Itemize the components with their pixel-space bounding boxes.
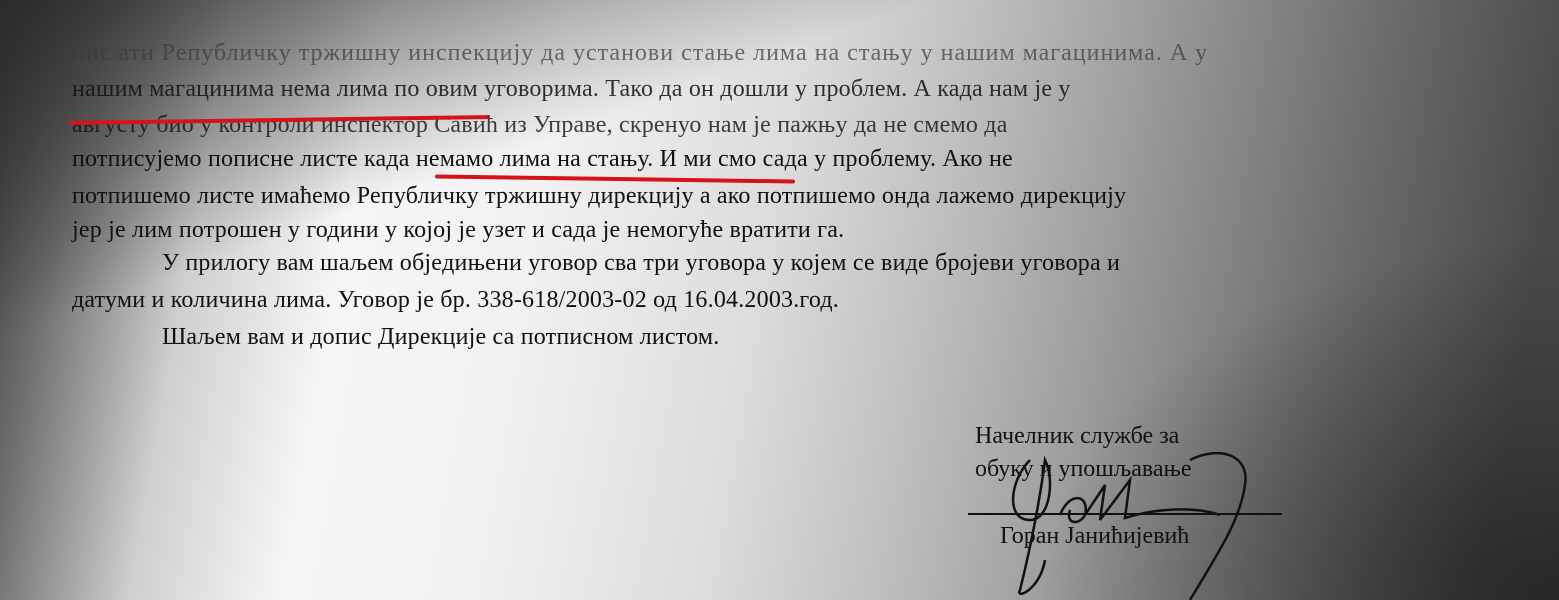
text-line-8: датуми и количина лима. Уговор је бр. 33… — [72, 287, 839, 314]
text-line-6: јер је лим потрошен у години у којој је … — [72, 217, 844, 244]
text-line-9: Шаљем вам и допис Дирекције са потписном… — [162, 324, 719, 351]
scanned-document-page: пис ати Републичку тржишну инспекцију да… — [0, 0, 1559, 600]
handwritten-signature-icon — [990, 440, 1310, 600]
text-line-2: нашим магацинима нема лима по овим угово… — [72, 76, 1071, 103]
text-line-1: пис ати Републичку тржишну инспекцију да… — [72, 40, 1208, 67]
text-line-5: потпишемо листе имаћемо Републичку тржиш… — [72, 183, 1126, 210]
text-line-7: У прилогу вам шаљем објeдињени уговор св… — [162, 250, 1120, 277]
text-line-4: потписујемо пописне листе када немамо ли… — [72, 146, 1013, 173]
text-line-3: августу био у контроли инспектор Савић и… — [72, 112, 1008, 139]
